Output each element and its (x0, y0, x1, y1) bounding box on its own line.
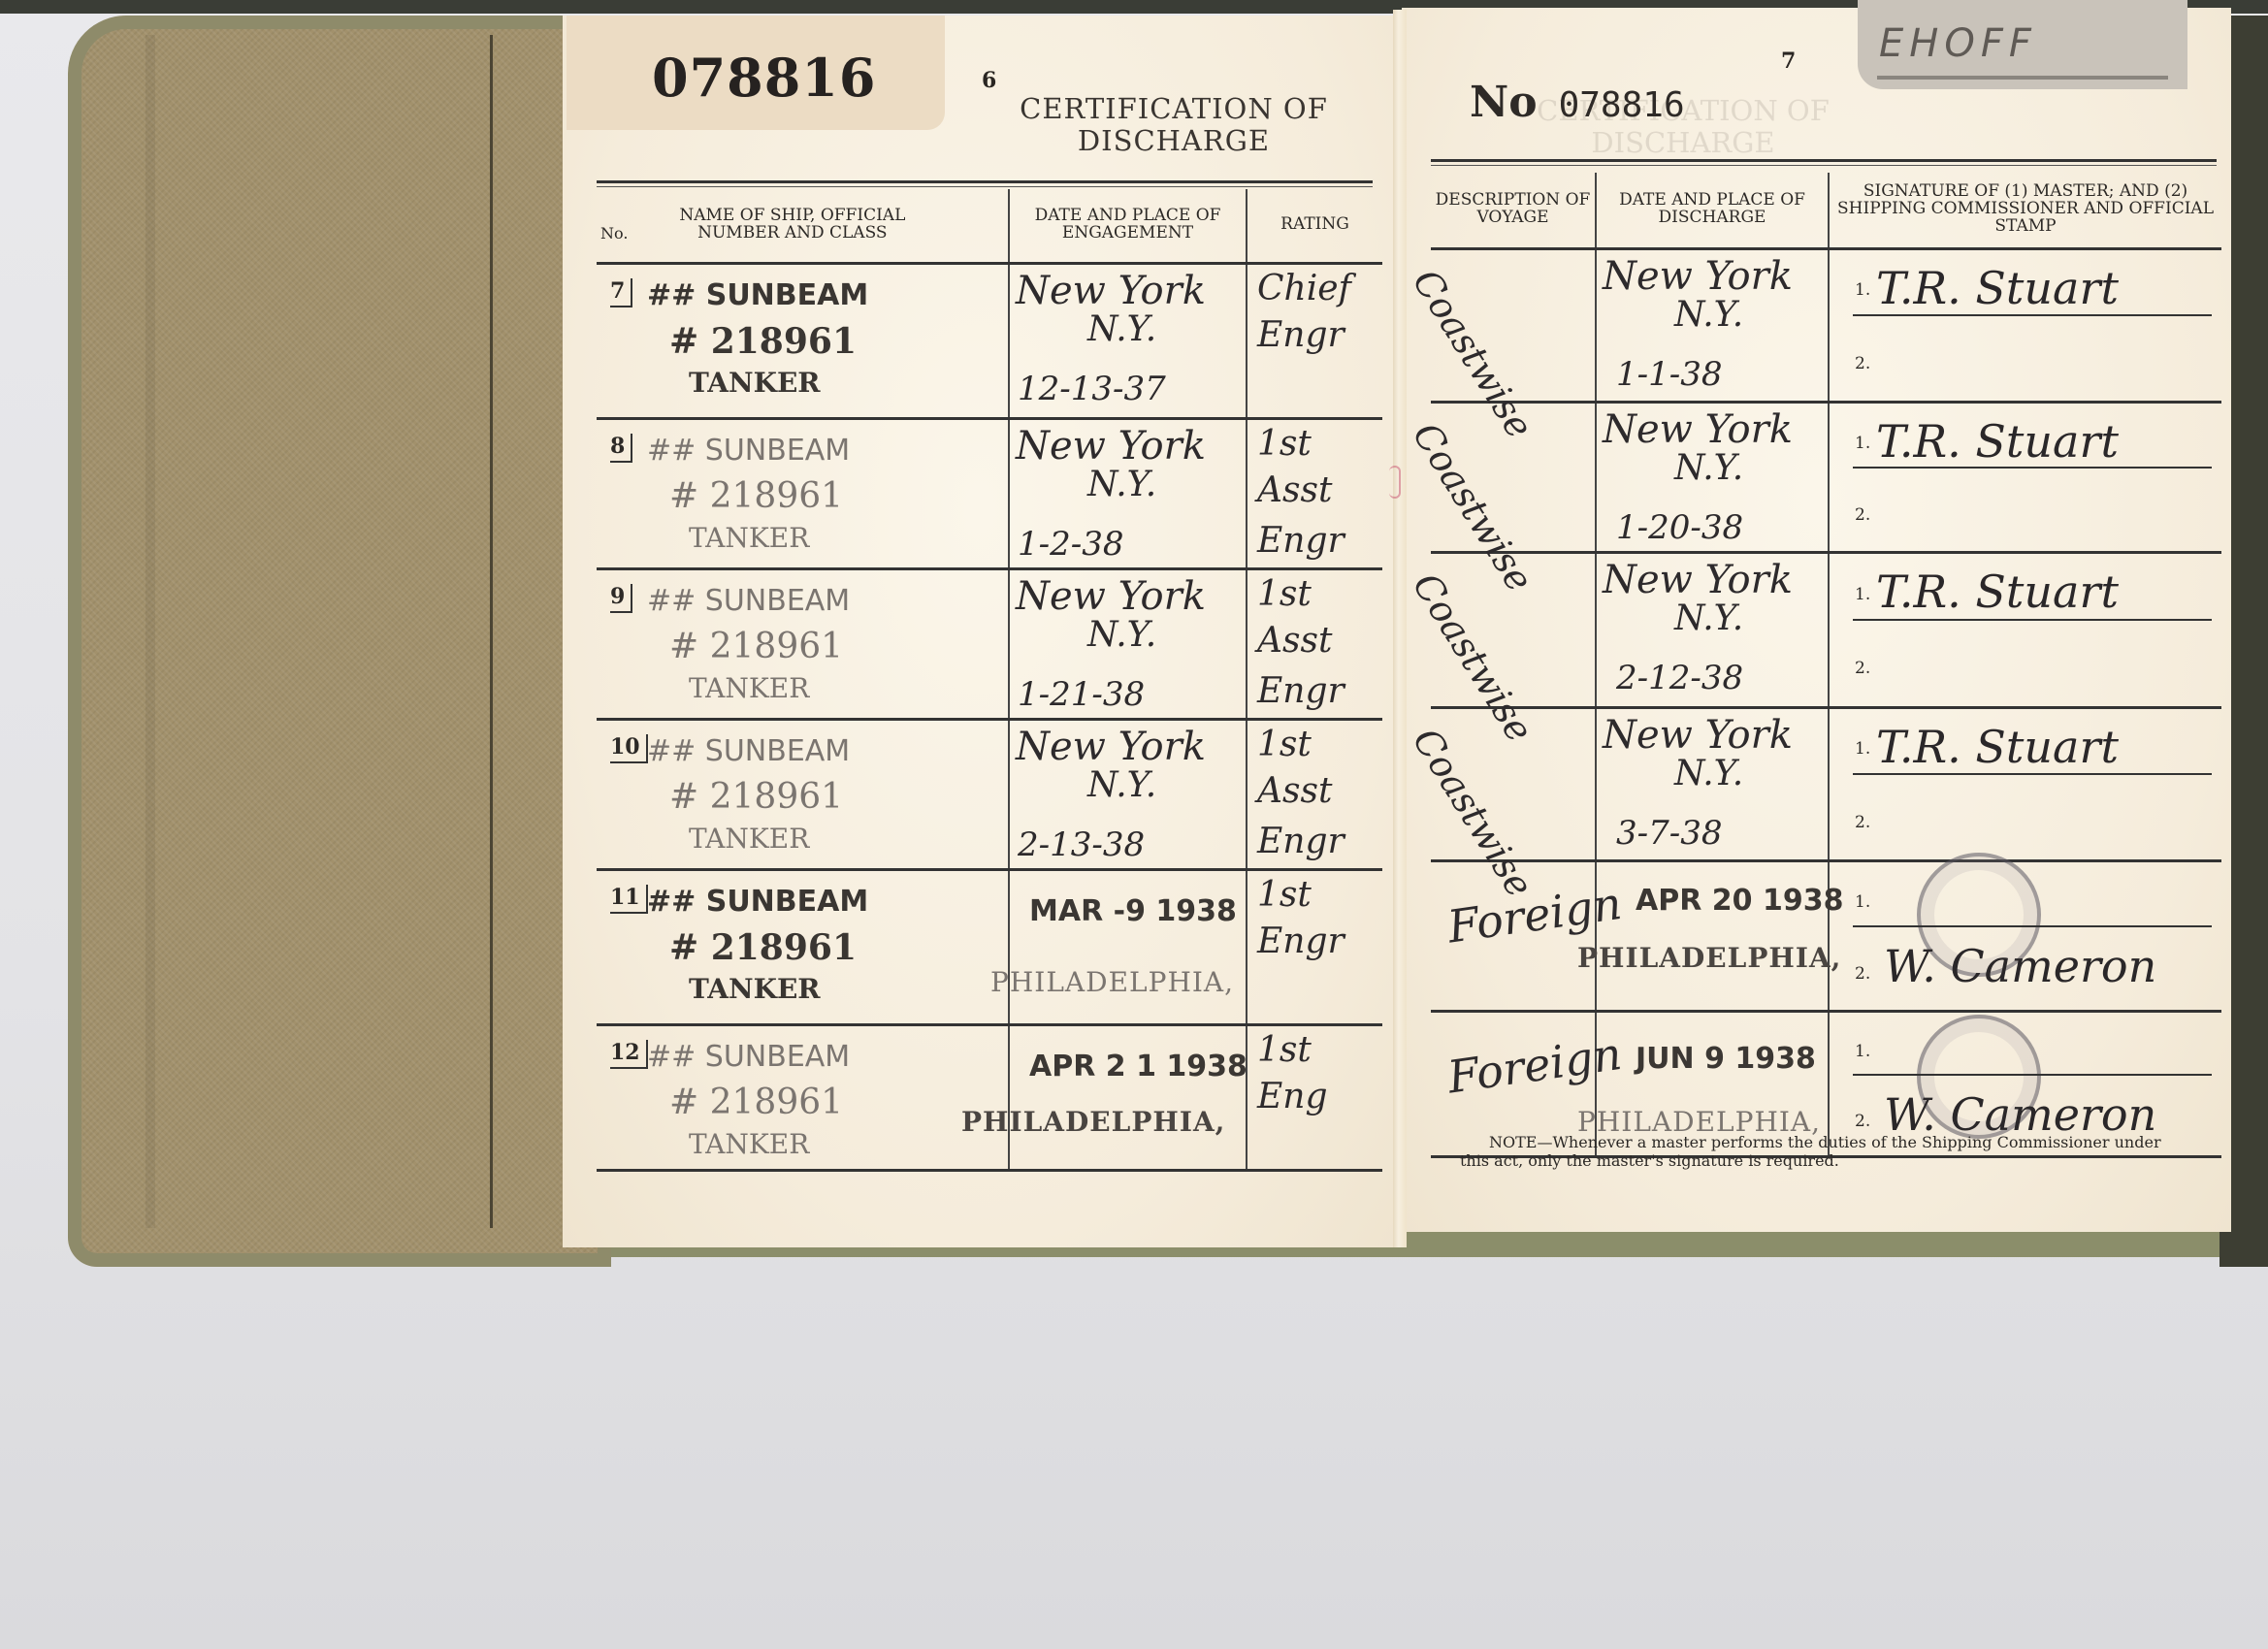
ship-name-stamp: ## SUNBEAM (647, 885, 868, 919)
official-number-stamp: # 218961 (669, 777, 843, 817)
col-header-signature: SIGNATURE OF (1) MASTER; AND (2) SHIPPIN… (1829, 173, 2221, 248)
serial-label: No (1470, 78, 1538, 127)
note-line-2: this act, only the master's signature is… (1460, 1151, 2226, 1170)
official-number-stamp: # 218961 (669, 476, 843, 516)
engagement-stamp-city: PHILADELPHIA, (961, 1106, 1225, 1138)
footer-note: NOTE—Whenever a master performs the duti… (1460, 1133, 2226, 1170)
rating-cell: 1st Asst Engr (1247, 418, 1382, 568)
engagement-place: New York (1016, 574, 1206, 619)
discharge-stamp-city: PHILADELPHIA, (1577, 942, 1841, 974)
ship-name-stamp: ## SUNBEAM (647, 584, 850, 618)
official-number-stamp: # 218961 (669, 627, 843, 666)
page-title: CERTIFICATION OF DISCHARGE (989, 93, 1358, 158)
discharge-cell: New York N.Y. 1-20-38 (1596, 402, 1829, 552)
rating-line-2: Asst (1257, 470, 1332, 510)
engagement-cell: New York N.Y. 12-13-37 (1009, 263, 1247, 418)
signature-cell: 1. 2. W. Cameron (1829, 860, 2221, 1011)
commissioner-signature-label: 2. (1855, 505, 1870, 525)
discharge-date: 2-12-38 (1616, 659, 1743, 697)
signature-line (1853, 467, 2212, 469)
col-header-engagement: DATE AND PLACE OF ENGAGEMENT (1009, 189, 1247, 263)
discharge-place: New York (1603, 407, 1793, 452)
engagement-state: N.Y. (1087, 765, 1156, 805)
official-number-stamp: # 218961 (669, 321, 857, 362)
ship-cell: 12 ## SUNBEAM # 218961 TANKER (597, 1024, 1009, 1170)
title-line-1: CERTIFICATION OF (989, 93, 1358, 125)
master-signature: T.R. Stuart (1876, 721, 2119, 773)
col-header-no: No. (600, 224, 628, 242)
table-row: 11 ## SUNBEAM # 218961 TANKER MAR -9 193… (597, 869, 1382, 1024)
rating-line-1: 1st (1257, 424, 1312, 464)
voyage-cell: Foreign (1431, 860, 1596, 1011)
right-serial: No078816 (1470, 78, 1685, 127)
rating-line-1: Chief (1257, 269, 1351, 308)
rating-line-1: 1st (1257, 875, 1312, 915)
signature-line (1853, 619, 2212, 621)
voyage-cell: Coastwise (1431, 707, 1596, 860)
engagement-place: New York (1016, 725, 1206, 769)
master-signature-label: 1. (1855, 892, 1870, 912)
voyage-cell: Coastwise (1431, 248, 1596, 402)
official-number-stamp: # 218961 (669, 1083, 843, 1122)
ship-name-stamp: ## SUNBEAM (647, 278, 868, 312)
ship-class-stamp: TANKER (689, 1128, 809, 1160)
signature-cell: 1. T.R. Stuart 2. (1829, 402, 2221, 552)
discharge-place: New York (1603, 254, 1793, 299)
ship-name-stamp: ## SUNBEAM (647, 1040, 850, 1074)
engagement-cell: New York N.Y. 2-13-38 (1009, 719, 1247, 869)
engagement-stamp-city: PHILADELPHIA, (990, 966, 1234, 998)
col-header-voyage: DESCRIPTION OF VOYAGE (1431, 173, 1596, 248)
rating-line-2: Engr (1257, 921, 1345, 961)
voyage-cell: Coastwise (1431, 552, 1596, 707)
header-rule-right (1431, 159, 2217, 162)
header-rule-right-thin (1431, 165, 2217, 166)
page-number-right: 7 (1781, 48, 1796, 74)
rating-line-2: Asst (1257, 621, 1332, 661)
table-row: Coastwise New York N.Y. 1-1-38 1. T.R. S… (1431, 248, 2221, 402)
signature-cell: 1. T.R. Stuart 2. (1829, 707, 2221, 860)
ship-cell: 10 ## SUNBEAM # 218961 TANKER (597, 719, 1009, 869)
table-row: Coastwise New York N.Y. 1-20-38 1. T.R. … (1431, 402, 2221, 552)
discharge-stamp-date: APR 20 1938 (1636, 884, 1843, 918)
col-header-ship-label: NAME OF SHIP, OFFICIAL NUMBER AND CLASS (647, 208, 938, 242)
row-number: 8 (610, 434, 632, 463)
page-number-left: 6 (982, 68, 996, 93)
table-row: 8 ## SUNBEAM # 218961 TANKER New York N.… (597, 418, 1382, 568)
discharge-stamp-date: JUN 9 1938 (1636, 1042, 1816, 1076)
row-number: 11 (610, 885, 648, 914)
master-signature-label: 1. (1855, 585, 1870, 604)
row-number: 12 (610, 1040, 648, 1069)
table-row: Coastwise New York N.Y. 2-12-38 1. T.R. … (1431, 552, 2221, 707)
table-row: Foreign APR 20 1938 PHILADELPHIA, 1. 2. … (1431, 860, 2221, 1011)
ship-class-stamp: TANKER (689, 522, 809, 554)
master-signature-label: 1. (1855, 280, 1870, 300)
official-number-stamp: # 218961 (669, 927, 857, 968)
table-row: 10 ## SUNBEAM # 218961 TANKER New York N… (597, 719, 1382, 869)
engagement-cell: New York N.Y. 1-21-38 (1009, 568, 1247, 719)
engagement-place: New York (1016, 424, 1206, 469)
rating-line-1: 1st (1257, 725, 1312, 764)
ship-name-stamp: ## SUNBEAM (647, 434, 850, 468)
rating-line-2: Eng (1257, 1077, 1328, 1116)
engagement-date: 1-2-38 (1018, 525, 1124, 564)
commissioner-signature-label: 2. (1855, 1112, 1870, 1131)
col-header-ship: No. NAME OF SHIP, OFFICIAL NUMBER AND CL… (597, 189, 1009, 263)
name-underline (1877, 76, 2168, 80)
row-number: 10 (610, 734, 648, 763)
rating-line-1: 1st (1257, 574, 1312, 614)
discharge-date: 1-1-38 (1616, 355, 1723, 394)
master-signature: T.R. Stuart (1876, 415, 2119, 468)
engagement-stamp-date: APR 2 1 1938 (1029, 1050, 1247, 1083)
page-gutter (1393, 10, 1407, 1247)
ship-class-stamp: TANKER (689, 823, 809, 855)
row-number: 7 (610, 278, 632, 307)
rating-cell: 1st Asst Engr (1247, 568, 1382, 719)
engagement-state: N.Y. (1087, 465, 1156, 504)
table-row: 12 ## SUNBEAM # 218961 TANKER APR 2 1 19… (597, 1024, 1382, 1170)
rating-line-3: Engr (1257, 521, 1345, 561)
commissioner-signature-label: 2. (1855, 964, 1870, 984)
discharge-cell: New York N.Y. 3-7-38 (1596, 707, 1829, 860)
discharge-place: New York (1603, 713, 1793, 758)
cover-fold (146, 35, 155, 1228)
rating-line-3: Engr (1257, 822, 1345, 861)
ship-cell: 11 ## SUNBEAM # 218961 TANKER (597, 869, 1009, 1024)
table-row: 7 ## SUNBEAM # 218961 TANKER New York N.… (597, 263, 1382, 418)
signature-cell: 1. T.R. Stuart 2. (1829, 552, 2221, 707)
ship-cell: 9 ## SUNBEAM # 218961 TANKER (597, 568, 1009, 719)
serial-number-right: 078816 (1559, 85, 1685, 125)
engagement-state: N.Y. (1087, 309, 1156, 349)
title-line-2: DISCHARGE (989, 125, 1358, 157)
ship-class-stamp: TANKER (689, 672, 809, 704)
master-signature: T.R. Stuart (1876, 566, 2119, 618)
discharge-cell: APR 20 1938 PHILADELPHIA, (1596, 860, 1829, 1011)
engagement-cell: MAR -9 1938 PHILADELPHIA, (1009, 869, 1247, 1024)
signature-line (1853, 925, 2212, 927)
holder-name: EHOFF (1879, 21, 2037, 66)
engagement-table: No. NAME OF SHIP, OFFICIAL NUMBER AND CL… (597, 189, 1382, 1172)
engagement-stamp-date: MAR -9 1938 (1029, 894, 1237, 928)
discharge-state: N.Y. (1674, 754, 1743, 793)
engagement-state: N.Y. (1087, 615, 1156, 655)
signature-line (1853, 314, 2212, 316)
col-header-discharge: DATE AND PLACE OF DISCHARGE (1596, 173, 1829, 248)
ship-cell: 7 ## SUNBEAM # 218961 TANKER (597, 263, 1009, 418)
rating-cell: 1st Engr (1247, 869, 1382, 1024)
name-tab: EHOFF (1858, 0, 2187, 89)
commissioner-signature: W. Cameron (1884, 940, 2156, 992)
rating-cell: Chief Engr (1247, 263, 1382, 418)
discharge-date: 3-7-38 (1616, 814, 1723, 853)
signature-cell: 1. T.R. Stuart 2. (1829, 248, 2221, 402)
discharge-place: New York (1603, 558, 1793, 602)
rating-line-2: Asst (1257, 771, 1332, 811)
table-row: Coastwise New York N.Y. 3-7-38 1. T.R. S… (1431, 707, 2221, 860)
engagement-cell: APR 2 1 1938 PHILADELPHIA, (1009, 1024, 1247, 1170)
discharge-cell: New York N.Y. 2-12-38 (1596, 552, 1829, 707)
col-header-rating: RATING (1247, 189, 1382, 263)
serial-number-tab: 078816 (567, 16, 945, 130)
rating-cell: 1st Asst Engr (1247, 719, 1382, 869)
commissioner-signature-label: 2. (1855, 813, 1870, 832)
discharge-state: N.Y. (1674, 448, 1743, 488)
serial-number: 078816 (652, 47, 876, 109)
ship-cell: 8 ## SUNBEAM # 218961 TANKER (597, 418, 1009, 568)
note-line-1: NOTE—Whenever a master performs the duti… (1460, 1133, 2226, 1151)
rating-line-2: Engr (1257, 315, 1345, 355)
ship-class-stamp: TANKER (689, 367, 821, 399)
discharge-state: N.Y. (1674, 598, 1743, 638)
table-row: 9 ## SUNBEAM # 218961 TANKER New York N.… (597, 568, 1382, 719)
engagement-place: New York (1016, 269, 1206, 313)
master-signature-label: 1. (1855, 1042, 1870, 1061)
discharge-state: N.Y. (1674, 295, 1743, 335)
cover-spine-crease (490, 35, 493, 1228)
header-rule-thin (597, 186, 1373, 187)
row-number: 9 (610, 584, 632, 613)
engagement-date: 12-13-37 (1018, 370, 1166, 408)
voyage-cell: Coastwise (1431, 402, 1596, 552)
signature-line (1853, 1074, 2212, 1076)
discharge-cell: New York N.Y. 1-1-38 (1596, 248, 1829, 402)
ship-name-stamp: ## SUNBEAM (647, 734, 850, 768)
master-signature: T.R. Stuart (1876, 262, 2119, 314)
red-ink-mark (1389, 466, 1401, 499)
rating-line-3: Engr (1257, 671, 1345, 711)
master-signature-label: 1. (1855, 739, 1870, 759)
engagement-cell: New York N.Y. 1-2-38 (1009, 418, 1247, 568)
master-signature-label: 1. (1855, 434, 1870, 453)
discharge-table: DESCRIPTION OF VOYAGE DATE AND PLACE OF … (1431, 173, 2221, 1158)
signature-line (1853, 773, 2212, 775)
rating-cell: 1st Eng (1247, 1024, 1382, 1170)
engagement-date: 2-13-38 (1018, 825, 1145, 864)
commissioner-signature-label: 2. (1855, 659, 1870, 678)
rating-line-1: 1st (1257, 1030, 1312, 1070)
commissioner-signature-label: 2. (1855, 354, 1870, 373)
header-rule (597, 180, 1373, 183)
ship-class-stamp: TANKER (689, 973, 821, 1005)
discharge-date: 1-20-38 (1616, 508, 1743, 547)
engagement-date: 1-21-38 (1018, 675, 1145, 714)
